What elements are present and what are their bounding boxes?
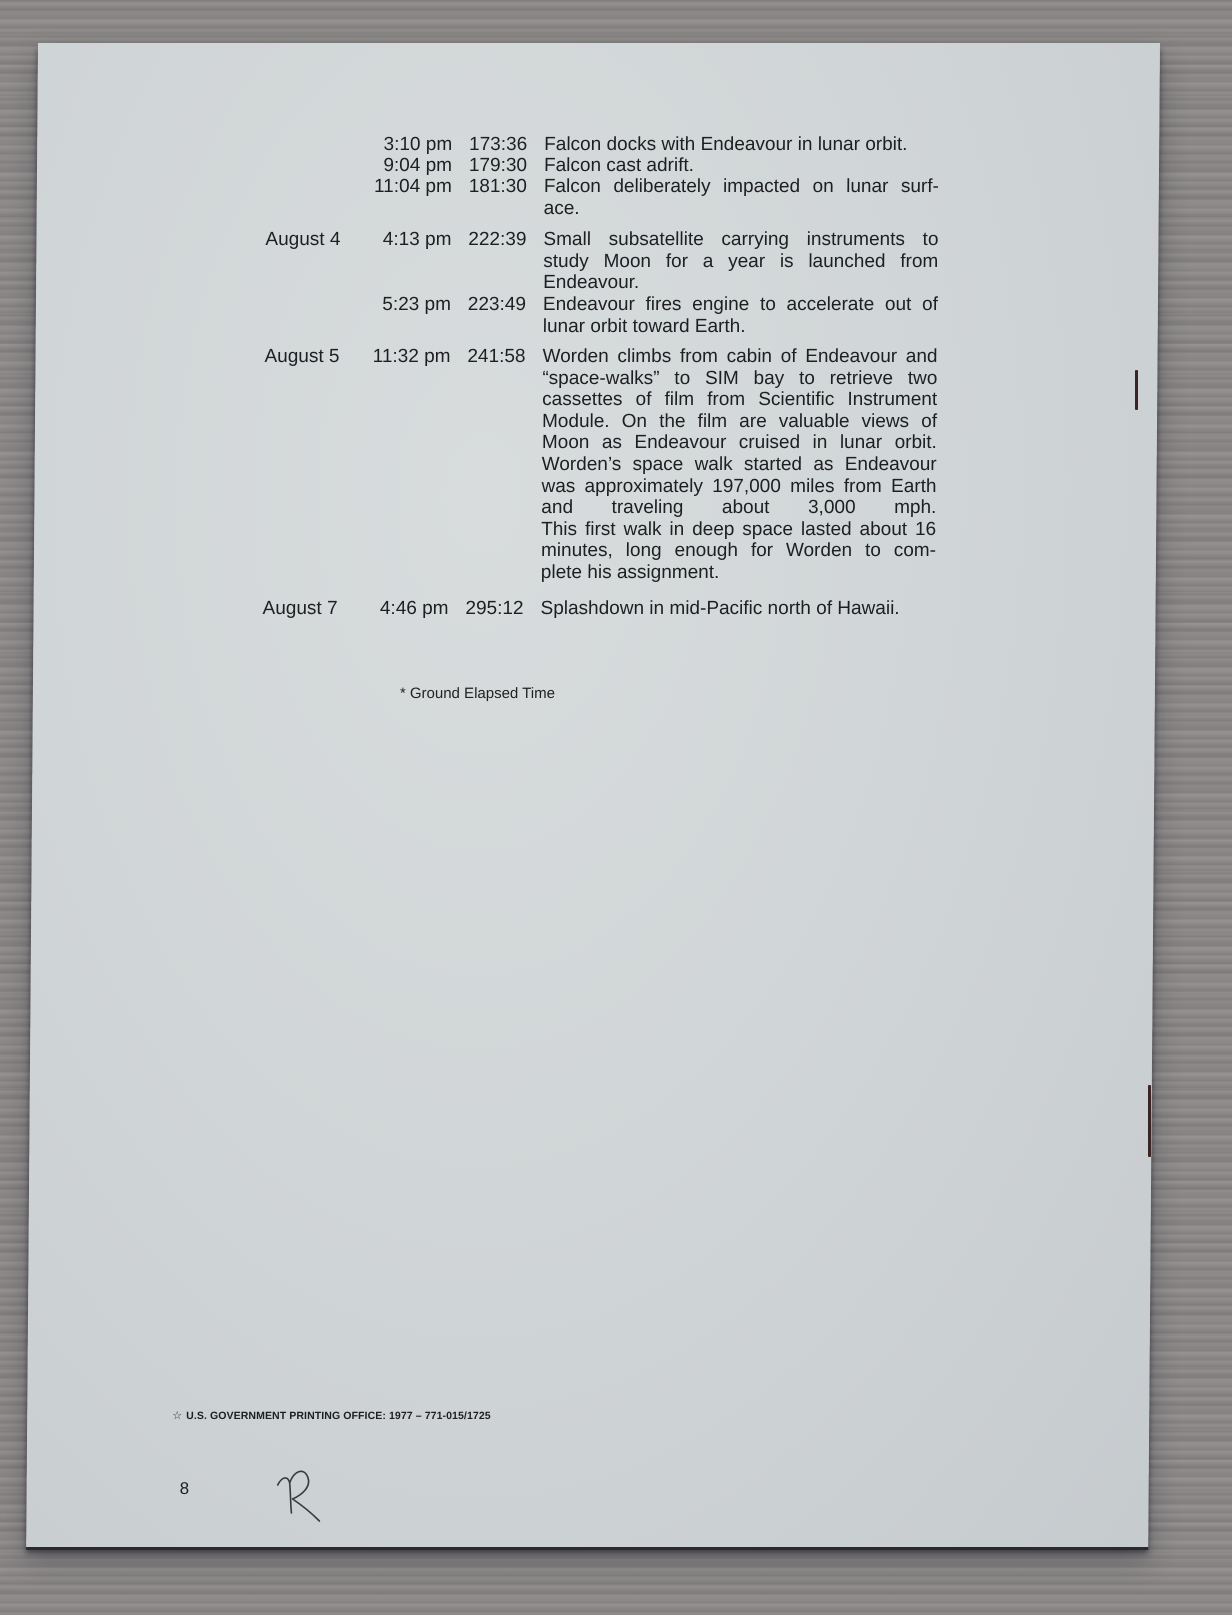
event-description: Endeavour fires engine to accelerate out…	[543, 294, 938, 337]
event-description: Falcon docks with Endeavour in lunar orb…	[544, 134, 939, 156]
description-line: Module. On the film are valuable views o…	[542, 411, 937, 433]
description-line: Moon as Endeavour cruised in lunar orbit…	[542, 432, 937, 454]
event-ground-elapsed-time: 181:30	[457, 176, 527, 198]
event-ground-elapsed-time: 179:30	[457, 155, 527, 177]
description-line: Endeavour fires engine to accelerate out…	[543, 294, 938, 316]
description-line: was approximately 197,000 miles from Ear…	[541, 476, 936, 498]
event-description: Small subsatellite carrying instruments …	[543, 229, 939, 294]
star-icon: ☆	[172, 1410, 182, 1422]
description-line: Falcon deliberately impacted on lunar su…	[544, 176, 939, 198]
event-description: Falcon deliberately impacted on lunar su…	[544, 176, 939, 219]
event-description: Worden climbs from cabin of Endeavour an…	[541, 346, 938, 584]
event-local-time: 5:23 pm	[351, 294, 451, 316]
description-line: Worden’s space walk started as Endeavour	[542, 454, 937, 476]
printer-imprint-text: U.S. GOVERNMENT PRINTING OFFICE: 1977 – …	[186, 1410, 491, 1422]
description-line: Splashdown in mid-Pacific north of Hawai…	[540, 598, 935, 620]
event-ground-elapsed-time: 295:12	[453, 598, 523, 620]
printer-imprint: ☆U.S. GOVERNMENT PRINTING OFFICE: 1977 –…	[172, 1409, 491, 1422]
event-local-time: 11:04 pm	[352, 176, 452, 198]
description-line: This first walk in deep space lasted abo…	[541, 519, 936, 541]
description-line: ace.	[544, 198, 939, 220]
handwritten-r-mark	[271, 1463, 326, 1525]
event-ground-elapsed-time: 223:49	[456, 294, 526, 316]
page-number: 8	[180, 1479, 190, 1499]
event-description: Splashdown in mid-Pacific north of Hawai…	[540, 598, 935, 620]
description-line: Small subsatellite carrying instruments …	[543, 229, 938, 251]
staple	[1148, 1085, 1151, 1157]
event-ground-elapsed-time: 241:58	[455, 346, 525, 368]
event-local-time: 9:04 pm	[352, 155, 452, 177]
description-line: Falcon docks with Endeavour in lunar orb…	[544, 134, 939, 156]
description-line: lunar orbit toward Earth.	[543, 316, 938, 338]
description-line: Endeavour.	[543, 272, 938, 294]
document-page: 3:10 pm173:36Falcon docks with Endeavour…	[26, 43, 1160, 1547]
description-line: Worden climbs from cabin of Endeavour an…	[542, 346, 937, 368]
description-line: and traveling about 3,000 mph.	[541, 497, 936, 519]
description-line: Falcon cast adrift.	[544, 155, 939, 177]
staple	[1135, 370, 1138, 410]
event-local-time: 4:13 pm	[351, 229, 451, 251]
event-local-time: 11:32 pm	[350, 346, 450, 368]
description-line: minutes, long enough for Worden to com-	[541, 540, 936, 562]
event-description: Falcon cast adrift.	[544, 155, 939, 177]
description-line: study Moon for a year is launched from	[543, 251, 938, 273]
event-ground-elapsed-time: 173:36	[457, 134, 527, 156]
footnote: * Ground Elapsed Time	[400, 685, 555, 702]
description-line: plete his assignment.	[541, 562, 936, 584]
event-local-time: 3:10 pm	[352, 134, 452, 156]
description-line: “space-walks” to SIM bay to retrieve two	[542, 368, 937, 390]
description-line: cassettes of film from Scientific Instru…	[542, 389, 937, 411]
event-local-time: 4:46 pm	[348, 598, 448, 620]
event-ground-elapsed-time: 222:39	[456, 229, 526, 251]
